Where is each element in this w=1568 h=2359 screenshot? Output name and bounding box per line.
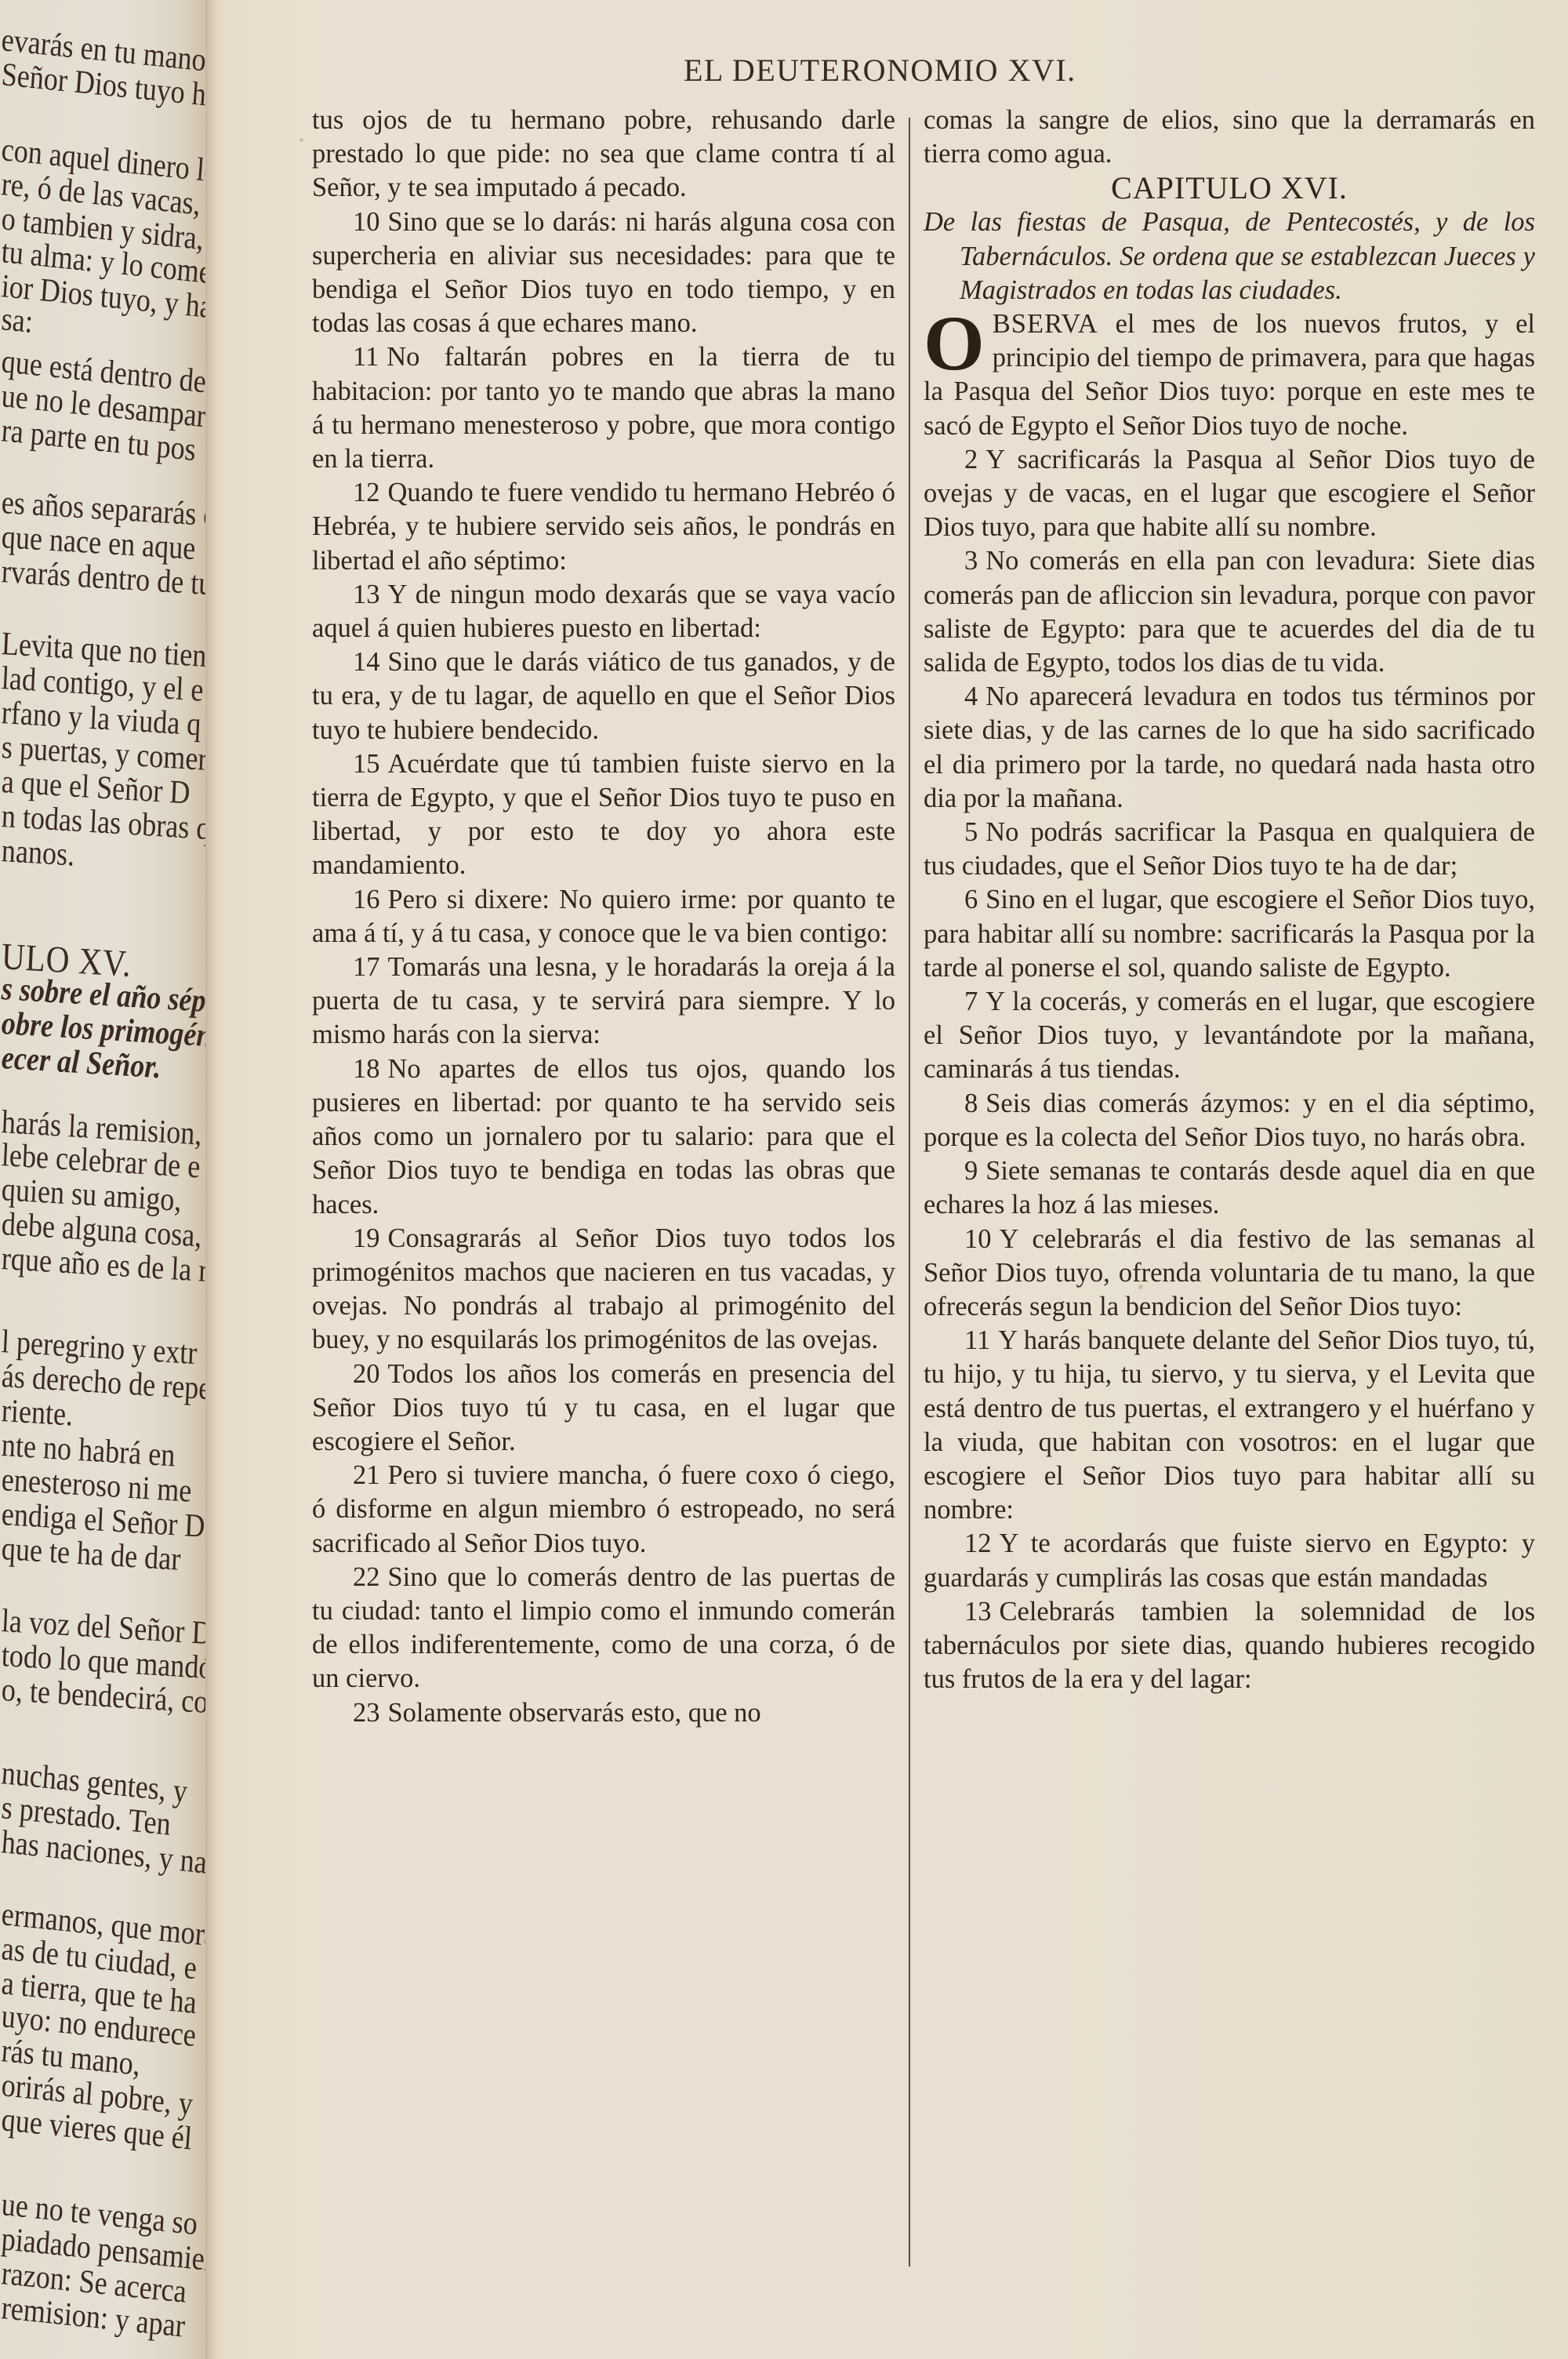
verse-19: 19Consagrarás al Señor Dios tuyo todos l…	[312, 1222, 895, 1358]
verse-12: 12Y te acordarás que fuiste siervo en Eg…	[924, 1527, 1535, 1594]
verse-number: 23	[353, 1698, 380, 1728]
verse-1-smallcaps: BSERVA	[993, 309, 1098, 339]
verse-2: 2Y sacrificarás la Pasqua al Señor Dios …	[924, 443, 1535, 545]
facing-page-line: has naciones, y na	[0, 1826, 205, 1879]
verse-text: Acuérdate que tú tambien fuiste siervo e…	[312, 749, 895, 881]
verse-text: No comerás en ella pan con levadura: Sie…	[924, 546, 1535, 678]
paper-foxing-spot	[1138, 1285, 1143, 1289]
verse-14: 14Sino que le darás viático de tus ganad…	[312, 645, 895, 747]
verse-number: 16	[353, 885, 380, 914]
verse-text: Y celebrarás el dia festivo de las seman…	[924, 1224, 1535, 1321]
facing-page-line: ecer al Señor.	[1, 1041, 162, 1084]
verse-22: 22Sino que lo comerás dentro de las puer…	[312, 1561, 895, 1696]
verse-number: 5	[964, 817, 978, 847]
verse-6: 6Sino en el lugar, que escogiere el Seño…	[924, 883, 1535, 985]
verse-number: 13	[353, 580, 380, 609]
verse-number: 2	[964, 445, 978, 474]
verse-number: 7	[964, 987, 978, 1016]
verse-number: 18	[353, 1054, 380, 1084]
drop-cap-letter: O	[924, 312, 985, 375]
verse-number: 19	[353, 1223, 380, 1253]
verse-text: Seis dias comerás ázymos: y en el dia sé…	[924, 1089, 1535, 1152]
verse-text: Sino que le darás viático de tus ganados…	[312, 647, 895, 744]
verse-number: 12	[964, 1528, 992, 1558]
facing-page-line: sa:	[0, 303, 34, 339]
verse-21: 21Pero si tuviere mancha, ó fuere coxo ó…	[312, 1459, 895, 1561]
verse-number: 22	[353, 1562, 380, 1592]
chapter-heading: CAPITULO XVI.	[924, 171, 1535, 205]
verse-3: 3No comerás en ella pan con levadura: Si…	[924, 544, 1535, 680]
verse-text: No aparecerá levadura en todos tus térmi…	[924, 682, 1535, 813]
page-right: EL DEUTERONOMIO XVI. tus ojos de tu herm…	[229, 0, 1568, 2359]
verse-number: 3	[964, 546, 978, 576]
verse-10: 10Y celebrarás el dia festivo de las sem…	[924, 1223, 1535, 1325]
verse-17: 17Tomarás una lesna, y le horadarás la o…	[312, 951, 895, 1052]
verse-8: 8Seis dias comerás ázymos: y en el dia s…	[924, 1087, 1535, 1154]
column-divider	[909, 118, 910, 2266]
verse-11: 11No faltarán pobres en la tierra de tu …	[312, 340, 895, 476]
verse-13: 13Celebrarás tambien la solemnidad de lo…	[924, 1595, 1535, 1697]
verse-12: 12Quando te fuere vendido tu hermano Heb…	[312, 476, 895, 578]
verse-20: 20Todos los años los comerás en presenci…	[312, 1358, 895, 1459]
facing-page-line: riente.	[1, 1394, 74, 1431]
verse-5: 5No podrás sacrificar la Pasqua en qualq…	[924, 816, 1535, 883]
verse-1: OBSERVA el mes de los nuevos frutos, y e…	[924, 307, 1535, 443]
verse-number: 10	[353, 207, 380, 237]
verse-number: 12	[353, 478, 380, 507]
verse-10: 10Sino que se lo darás: ni harás alguna …	[312, 205, 895, 341]
verse-15: 15Acuérdate que tú tambien fuiste siervo…	[312, 747, 895, 883]
verse-4: 4No aparecerá levadura en todos tus térm…	[924, 680, 1535, 816]
verse-number: 11	[353, 342, 379, 372]
verse-text: Siete semanas te contarás desde aquel di…	[924, 1156, 1535, 1219]
verse-text: Tomarás una lesna, y le horadarás la ore…	[312, 952, 895, 1049]
verse-text: Y de ningun modo dexarás que se vaya vac…	[312, 580, 895, 643]
verse-number: 14	[353, 647, 380, 677]
facing-page-line: nanos.	[1, 834, 75, 872]
verse-text: Pero si dixere: No quiero irme: por quan…	[312, 885, 895, 948]
verse-text: Sino que lo comerás dentro de las puerta…	[312, 1562, 895, 1694]
verse-text: Sino en el lugar, que escogiere el Señor…	[924, 885, 1535, 982]
verse-number: 15	[353, 749, 380, 779]
verse-text: Y la cocerás, y comerás en el lugar, que…	[924, 987, 1535, 1084]
text-column-left: tus ojos de tu hermano pobre, rehusando …	[312, 104, 895, 1730]
paper-foxing-spot	[299, 138, 303, 142]
verse-number: 6	[964, 885, 978, 914]
verse-number: 17	[353, 952, 380, 982]
verse-number: 11	[964, 1325, 990, 1355]
verse-list-right: 2Y sacrificarás la Pasqua al Señor Dios …	[924, 443, 1535, 1697]
verse-18: 18No apartes de ellos tus ojos, quando l…	[312, 1052, 895, 1222]
verse-text: Sino que se lo darás: ni harás alguna co…	[312, 207, 895, 339]
verse-23: 23Solamente observarás esto, que no	[312, 1696, 895, 1730]
verse-text: Celebrarás tambien la solemnidad de los …	[924, 1597, 1535, 1694]
verse-continuation: tus ojos de tu hermano pobre, rehusando …	[312, 104, 895, 205]
verse-text: Consagrarás al Señor Dios tuyo todos los…	[312, 1223, 895, 1355]
verse-11: 11Y harás banquete delante del Señor Dio…	[924, 1324, 1535, 1527]
facing-page-left: evarás en tu mano, ySeñor Dios tuyo haya…	[0, 0, 205, 2359]
verse-text: Todos los años los comerás en presencia …	[312, 1359, 895, 1456]
running-head: EL DEUTERONOMIO XVI.	[684, 52, 1389, 89]
verse-text: Quando te fuere vendido tu hermano Hebré…	[312, 478, 895, 575]
verse-number: 10	[964, 1224, 992, 1254]
verse-number: 8	[964, 1089, 978, 1118]
verse-text: Y te acordarás que fuiste siervo en Egyp…	[924, 1528, 1535, 1592]
text-column-right: comas la sangre de elios, sino que la de…	[924, 104, 1535, 1696]
verse-text: Pero si tuviere mancha, ó fuere coxo ó c…	[312, 1460, 895, 1558]
verse-number: 4	[964, 682, 978, 711]
chapter-xv-continuation: comas la sangre de elios, sino que la de…	[924, 104, 1535, 171]
chapter-summary: De las fiestas de Pasqua, de Pentecostés…	[924, 205, 1535, 307]
verse-number: 9	[964, 1156, 978, 1186]
verse-number: 13	[964, 1597, 992, 1627]
verse-13: 13Y de ningun modo dexarás que se vaya v…	[312, 578, 895, 645]
verse-9: 9Siete semanas te contarás desde aquel d…	[924, 1154, 1535, 1222]
verse-text: Y sacrificarás la Pasqua al Señor Dios t…	[924, 445, 1535, 542]
verse-16: 16Pero si dixere: No quiero irme: por qu…	[312, 883, 895, 951]
book-gutter	[205, 0, 229, 2359]
verse-text: tus ojos de tu hermano pobre, rehusando …	[312, 105, 895, 202]
verse-text: Solamente observarás esto, que no	[388, 1698, 761, 1728]
verse-text: No podrás sacrificar la Pasqua en qualqu…	[924, 817, 1535, 881]
verse-text: No apartes de ellos tus ojos, quando los…	[312, 1054, 895, 1219]
verse-7: 7Y la cocerás, y comerás en el lugar, qu…	[924, 985, 1535, 1087]
verse-text: Y harás banquete delante del Señor Dios …	[924, 1325, 1535, 1525]
verse-text: No faltarán pobres en la tierra de tu ha…	[312, 342, 895, 474]
verse-number: 21	[353, 1460, 380, 1490]
verse-number: 20	[353, 1359, 380, 1389]
